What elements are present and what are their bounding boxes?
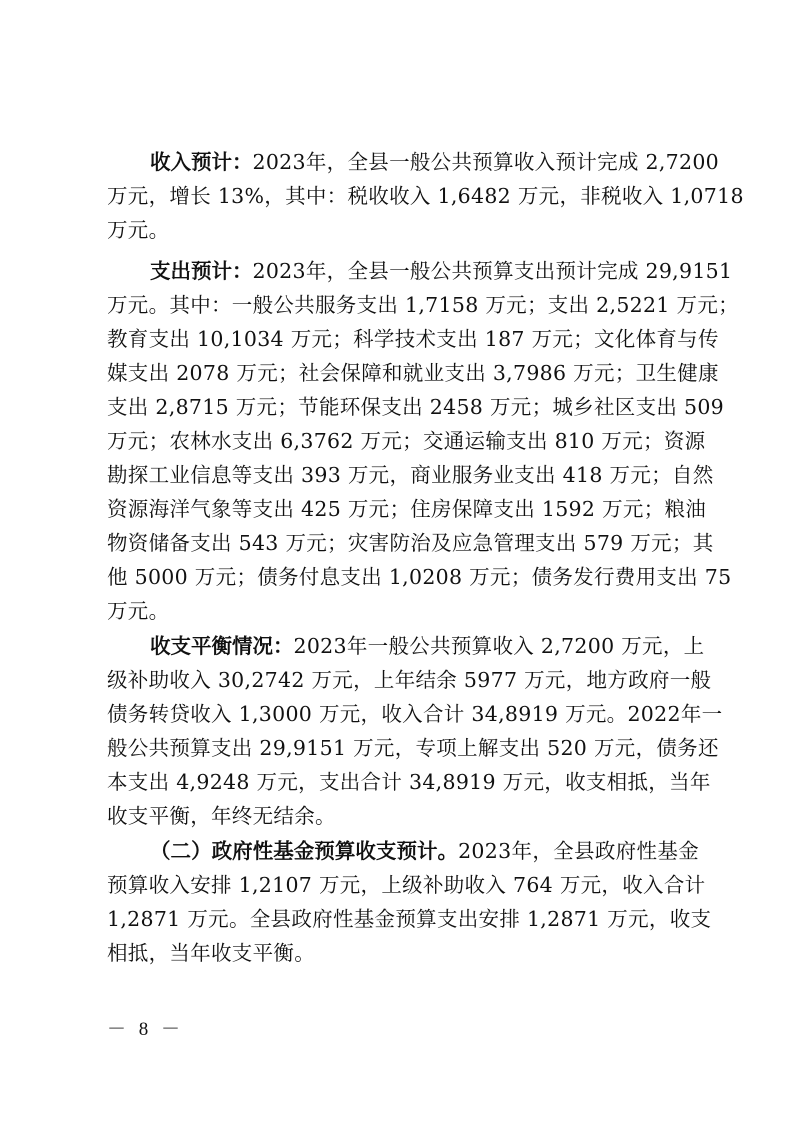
text-line: 支出预计：2023年，全县一般公共预算支出预计完成 29,9151 (107, 254, 699, 288)
text-line: 收支平衡，年终无结余。 (107, 799, 699, 833)
text-line: 万元。 (107, 213, 699, 247)
text-line: 万元，增长 13%，其中：税收收入 1,6482 万元，非税收入 1,0718 (107, 179, 699, 213)
page-number: － 8 － (107, 1014, 184, 1041)
paragraph-balance: 收支平衡情况：2023年一般公共预算收入 2,7200 万元，上 级补助收入 3… (107, 629, 699, 833)
section-heading: 收支平衡情况： (150, 634, 294, 658)
paragraph-income-forecast: 收入预计：2023年，全县一般公共预算收入预计完成 2,7200 万元，增长 1… (107, 145, 699, 247)
text-line: 级补助收入 30,2742 万元，上年结余 5977 万元，地方政府一般 (107, 663, 699, 697)
text-line: 债务转贷收入 1,3000 万元，收入合计 34,8919 万元。2022年一 (107, 697, 699, 731)
text-line: 媒支出 2078 万元；社会保障和就业支出 3,7986 万元；卫生健康 (107, 356, 699, 390)
text-line: 物资储备支出 543 万元；灾害防治及应急管理支出 579 万元；其 (107, 526, 699, 560)
text-line: 教育支出 10,1034 万元；科学技术支出 187 万元；文化体育与传 (107, 322, 699, 356)
text-line: （二）政府性基金预算收支预计。2023年，全县政府性基金 (107, 834, 699, 868)
text-line: 万元。其中：一般公共服务支出 1,7158 万元；支出 2,5221 万元； (107, 288, 699, 322)
text-line: 收入预计：2023年，全县一般公共预算收入预计完成 2,7200 (107, 145, 699, 179)
text-line: 般公共预算支出 29,9151 万元，专项上解支出 520 万元，债务还 (107, 731, 699, 765)
section-heading: 支出预计： (150, 259, 253, 283)
text-line: 1,2871 万元。全县政府性基金预算支出安排 1,2871 万元，收支 (107, 902, 699, 936)
text-line: 预算收入安排 1,2107 万元，上级补助收入 764 万元，收入合计 (107, 868, 699, 902)
section-heading: 收入预计： (150, 150, 253, 174)
document-page: 收入预计：2023年，全县一般公共预算收入预计完成 2,7200 万元，增长 1… (0, 0, 793, 1122)
paragraph-gov-fund: （二）政府性基金预算收支预计。2023年，全县政府性基金 预算收入安排 1,21… (107, 834, 699, 970)
text-line: 相抵，当年收支平衡。 (107, 936, 699, 970)
text-line: 收支平衡情况：2023年一般公共预算收入 2,7200 万元，上 (107, 629, 699, 663)
section-heading: （二）政府性基金预算收支预计。 (150, 839, 458, 863)
text-line: 他 5000 万元；债务付息支出 1,0208 万元；债务发行费用支出 75 (107, 560, 699, 594)
text-line: 勘探工业信息等支出 393 万元，商业服务业支出 418 万元；自然 (107, 458, 699, 492)
paragraph-expenditure-forecast: 支出预计：2023年，全县一般公共预算支出预计完成 29,9151 万元。其中：… (107, 254, 699, 628)
text-line: 万元。 (107, 594, 699, 628)
text-line: 万元；农林水支出 6,3762 万元；交通运输支出 810 万元；资源 (107, 424, 699, 458)
text-line: 本支出 4,9248 万元，支出合计 34,8919 万元，收支相抵，当年 (107, 765, 699, 799)
text-line: 资源海洋气象等支出 425 万元；住房保障支出 1592 万元；粮油 (107, 492, 699, 526)
text-line: 支出 2,8715 万元；节能环保支出 2458 万元；城乡社区支出 509 (107, 390, 699, 424)
